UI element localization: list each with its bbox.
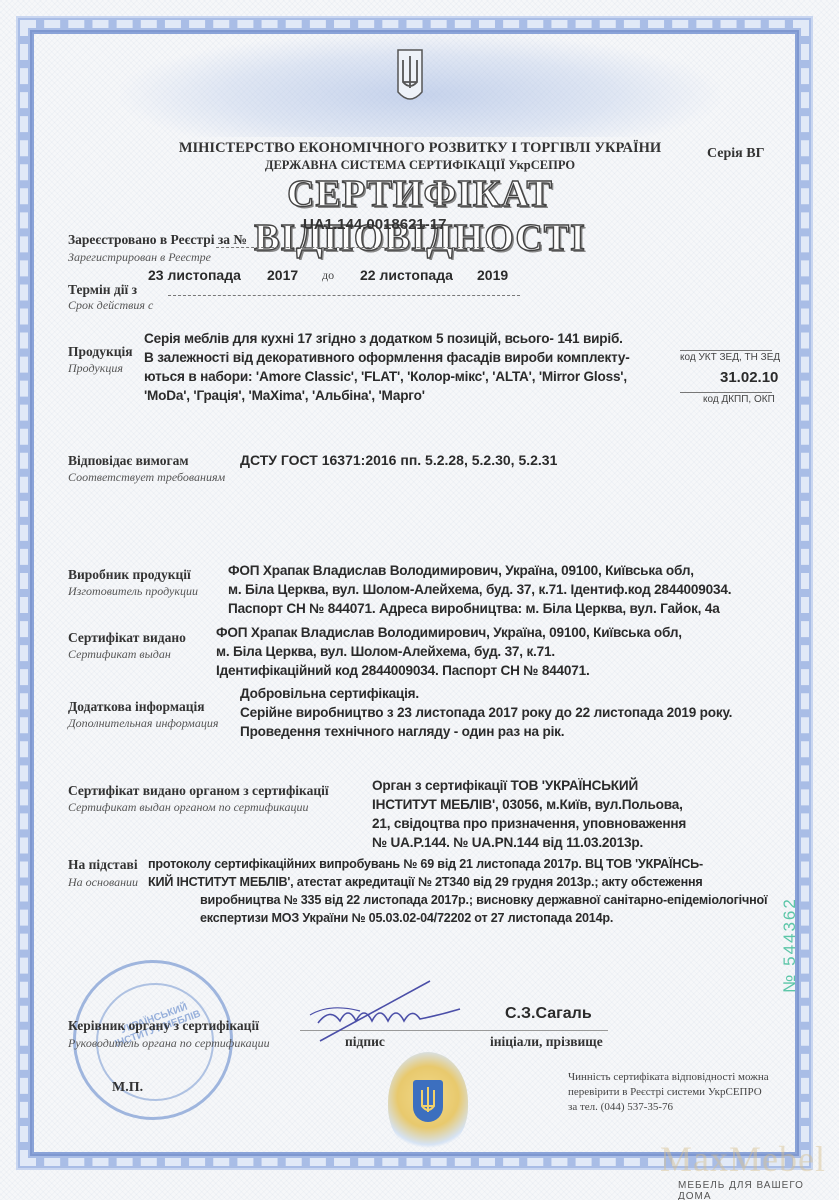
valid-to-date: 22 листопада	[360, 265, 453, 285]
product-label-ru: Продукция	[68, 361, 123, 376]
issuing-body-label-ru: Сертификат выдан органом по сертификации	[68, 800, 308, 815]
basis-label: На підставі	[68, 857, 138, 873]
certification-system: ДЕРЖАВНА СИСТЕМА СЕРТИФІКАЦІЇ УкрСЕПРО	[175, 158, 665, 173]
issued-to-line: м. Біла Церква, вул. Шолом-Алейхема, буд…	[216, 642, 796, 661]
product-line: В залежності від декоративного оформленн…	[144, 348, 744, 367]
issued-to-details: ФОП Храпак Владислав Володимирович, Укра…	[216, 623, 796, 680]
issued-to-line: Ідентифікаційний код 2844009034. Паспорт…	[216, 661, 796, 680]
valid-from-date: 23 листопада	[148, 265, 241, 285]
valid-from-year: 2017	[267, 265, 298, 285]
basis-line: експертизи МОЗ України № 05.03.02-04/722…	[148, 909, 788, 927]
product-line: 'MoDa', 'Грація', 'MaXima', 'Альбіна', '…	[144, 386, 744, 405]
dkpp-line	[680, 392, 772, 393]
requirements-standard: ДСТУ ГОСТ 16371:2016 пп. 5.2.28, 5.2.30,…	[240, 450, 557, 470]
additional-line: Серійне виробництво з 23 листопада 2017 …	[240, 703, 820, 722]
dkpp-code: 31.02.10	[720, 368, 778, 388]
basis-line: виробництва № 335 від 22 листопада 2017р…	[148, 891, 788, 909]
signature-caption: підпис	[345, 1034, 385, 1050]
issuing-body-details: Орган з сертифікації ТОВ 'УКРАЇНСЬКИЙ ІН…	[372, 776, 792, 852]
series-label: Серія ВГ	[707, 146, 765, 162]
issuing-body-line: Орган з сертифікації ТОВ 'УКРАЇНСЬКИЙ	[372, 776, 792, 795]
requirements-label-ru: Соответствует требованиям	[68, 470, 225, 485]
issuing-body-label: Сертифікат видано органом з сертифікації	[68, 783, 329, 799]
issued-to-label: Сертифікат видано	[68, 630, 186, 646]
product-line: ються в набори: 'Amore Classic', 'FLAT',…	[144, 367, 744, 386]
registry-label: Зареєстровано в Реєстрі за №	[68, 232, 247, 248]
issuing-body-line: 21, свідоцтва про призначення, уповноваж…	[372, 814, 792, 833]
basis-label-ru: На основании	[68, 875, 138, 890]
seal-mark: М.П.	[112, 1080, 143, 1096]
uktzed-code-label: код УКТ ЗЕД, ТН ЗЕД	[680, 352, 780, 363]
manufacturer-details: ФОП Храпак Владислав Володимирович, Укра…	[228, 561, 808, 618]
verification-note-line: за тел. (044) 537-35-76	[568, 1100, 769, 1115]
verification-note: Чинність сертифіката відповідності можна…	[568, 1070, 769, 1115]
dkpp-code-label: код ДКПП, ОКП	[703, 394, 775, 405]
additional-line: Добровільна сертифікація.	[240, 684, 820, 703]
head-name: С.З.Сагаль	[505, 1004, 592, 1024]
additional-info-label: Додаткова інформація	[68, 699, 205, 715]
name-caption: ініціали, прізвище	[490, 1034, 603, 1050]
manufacturer-label-ru: Изготовитель продукции	[68, 584, 198, 599]
trident-icon	[395, 48, 425, 108]
head-label-ru: Руководитель органа по сертификации	[68, 1036, 270, 1051]
valid-to-year: 2019	[477, 265, 508, 285]
verification-note-line: перевірити в Реєстрі системи УкрСЕПРО	[568, 1085, 769, 1100]
registry-label-ru: Зарегистрирован в Реестре	[68, 250, 211, 265]
validity-label-ru: Срок действия с	[68, 298, 153, 313]
additional-info: Добровільна сертифікація. Серійне виробн…	[240, 684, 820, 741]
additional-info-label-ru: Дополнительная информация	[68, 716, 218, 731]
basis-line: протоколу сертифікаційних випробувань № …	[148, 855, 788, 873]
blank-serial-number: № 544362	[780, 885, 800, 1005]
manufacturer-line: ФОП Храпак Владислав Володимирович, Укра…	[228, 561, 808, 580]
validity-line	[168, 295, 520, 296]
issued-to-line: ФОП Храпак Владислав Володимирович, Укра…	[216, 623, 796, 642]
manufacturer-label: Виробник продукції	[68, 567, 191, 583]
product-description: Серія меблів для кухні 17 згідно з додат…	[144, 329, 744, 405]
trident-icon	[417, 1084, 439, 1118]
ministry-name: МІНІСТЕРСТВО ЕКОНОМІЧНОГО РОЗВИТКУ І ТОР…	[175, 140, 665, 157]
issued-to-label-ru: Сертификат выдан	[68, 647, 171, 662]
basis-line: КИЙ ІНСТИТУТ МЕБЛІВ', атестат акредитаці…	[148, 873, 788, 891]
verification-note-line: Чинність сертифіката відповідності можна	[568, 1070, 769, 1085]
hologram-emblem	[388, 1052, 468, 1152]
issuing-body-line: ІНСТИТУТ МЕБЛІВ', 03056, м.Київ, вул.Пол…	[372, 795, 792, 814]
validity-to-word: до	[322, 268, 334, 283]
product-line: Серія меблів для кухні 17 згідно з додат…	[144, 329, 744, 348]
signature	[300, 975, 470, 1045]
watermark-tagline: МЕБЕЛЬ ДЛЯ ВАШЕГО ДОМА	[678, 1180, 839, 1200]
product-label: Продукція	[68, 344, 133, 360]
head-label: Керівник органу з сертифікації	[68, 1018, 259, 1034]
certificate-number: UA1.144.0018621-17	[303, 216, 446, 233]
validity-label: Термін дії з	[68, 282, 137, 298]
manufacturer-line: Паспорт СН № 844071. Адреса виробництва:…	[228, 599, 808, 618]
basis-details: протоколу сертифікаційних випробувань № …	[148, 855, 788, 927]
issuing-body-line: № UA.P.144. № UA.PN.144 від 11.03.2013р.	[372, 833, 792, 852]
watermark-brand: MaxMebel	[660, 1138, 826, 1180]
additional-line: Проведення технічного нагляду - один раз…	[240, 722, 820, 741]
manufacturer-line: м. Біла Церква, вул. Шолом-Алейхема, буд…	[228, 580, 808, 599]
registry-line	[216, 247, 500, 248]
uktzed-line	[680, 350, 772, 351]
requirements-label: Відповідає вимогам	[68, 453, 189, 469]
